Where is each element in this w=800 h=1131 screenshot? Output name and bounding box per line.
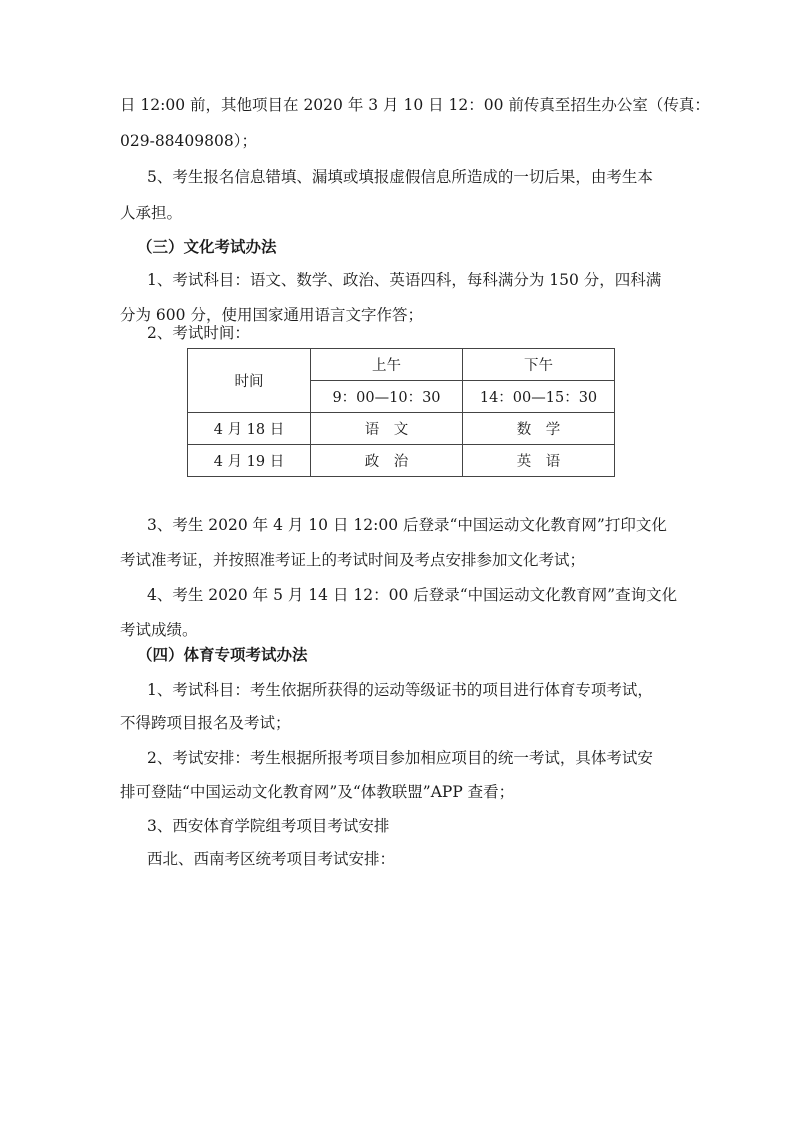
paragraph-2: 029-88409808）； (120, 131, 257, 151)
paragraph-12: 1、考试科目：考生依据所获得的运动等级证书的项目进行体育专项考试， (147, 680, 653, 700)
table-cell-morning: 政 治 (311, 445, 463, 477)
paragraph-14: 2、考试安排：考生根据所报考项目参加相应项目的统一考试，具体考试安 (147, 748, 653, 768)
table-afternoon-time: 14：00—15：30 (463, 381, 615, 413)
paragraph-6: 分为 600 分，使用国家通用语言文字作答； (120, 305, 423, 325)
paragraph-4: 人承担。 (120, 203, 182, 223)
section-heading-3: （三）文化考试办法 (137, 237, 277, 257)
table-cell-morning: 语 文 (311, 413, 463, 445)
table-header-time: 时间 (188, 349, 311, 413)
paragraph-11: 考试成绩。 (120, 620, 198, 640)
paragraph-17: 西北、西南考区统考项目考试安排： (147, 849, 395, 869)
paragraph-8: 3、考生 2020 年 4 月 10 日 12:00 后登录“中国运动文化教育网… (147, 515, 667, 535)
paragraph-1: 日 12:00 前，其他项目在 2020 年 3 月 10 日 12：00 前传… (120, 95, 710, 115)
paragraph-13: 不得跨项目报名及考试； (120, 713, 291, 733)
table-cell-date: 4 月 18 日 (188, 413, 311, 445)
table-header-morning: 上午 (311, 349, 463, 381)
table-header-afternoon: 下午 (463, 349, 615, 381)
exam-schedule-table: 时间 上午 下午 9：00—10：30 14：00—15：30 4 月 18 日… (187, 348, 615, 477)
paragraph-16: 3、西安体育学院组考项目考试安排 (147, 816, 389, 836)
section-heading-4: （四）体育专项考试办法 (137, 645, 308, 665)
table-cell-afternoon: 英 语 (463, 445, 615, 477)
table-row: 4 月 18 日 语 文 数 学 (188, 413, 615, 445)
paragraph-9: 考试准考证，并按照准考证上的考试时间及考点安排参加文化考试； (120, 550, 585, 570)
paragraph-15: 排可登陆“中国运动文化教育网”及“体教联盟”APP 查看； (120, 782, 514, 802)
table-cell-date: 4 月 19 日 (188, 445, 311, 477)
paragraph-7: 2、考试时间： (147, 323, 250, 343)
paragraph-3: 5、考生报名信息错填、漏填或填报虚假信息所造成的一切后果，由考生本 (147, 167, 653, 187)
paragraph-10: 4、考生 2020 年 5 月 14 日 12：00 后登录“中国运动文化教育网… (147, 585, 677, 605)
table-cell-afternoon: 数 学 (463, 413, 615, 445)
paragraph-5: 1、考试科目：语文、数学、政治、英语四科，每科满分为 150 分，四科满 (147, 270, 661, 290)
table-row: 4 月 19 日 政 治 英 语 (188, 445, 615, 477)
table-morning-time: 9：00—10：30 (311, 381, 463, 413)
